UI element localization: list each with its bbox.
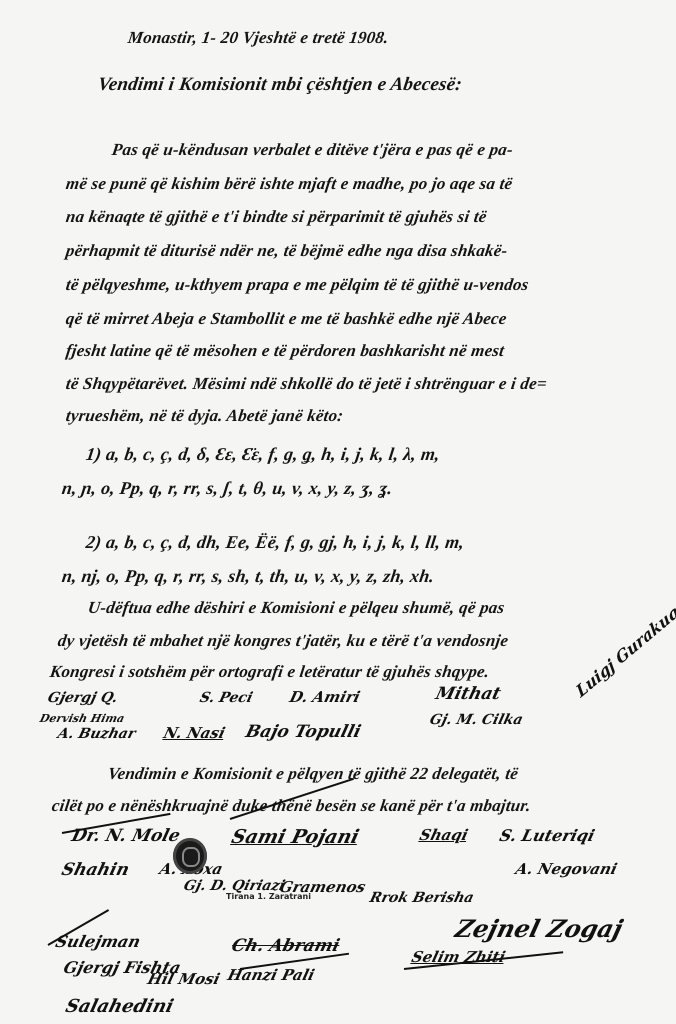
signature: Zejnel Zogaj	[452, 914, 625, 943]
signature: Gjergj Q.	[46, 690, 119, 706]
closing-line: Vendimin e Komisionit e pëlqyen të gjith…	[107, 764, 520, 784]
paragraph-line: të Shqypëtarëvet. Mësimi ndë shkollë do …	[65, 374, 549, 394]
signature: A. Buzhar	[56, 726, 137, 742]
paragraph-line: na kënaqte të gjithë e t'i bindte si për…	[65, 207, 488, 227]
signature: D. Amiri	[288, 688, 362, 706]
paragraph-line: më se punë që kishim bërë ishte mjaft e …	[65, 174, 514, 194]
signature: Ch. Abrami	[230, 936, 342, 956]
paragraph-line: që të mirret Abeja e Stambollit e me të …	[65, 309, 508, 329]
paragraph-line: tyrueshëm, në të dyja. Abetë janë këto:	[65, 406, 345, 426]
signature: Shahin	[60, 860, 132, 880]
signature: Gjergj Fishta	[62, 958, 183, 977]
signature: S. Peci	[198, 690, 254, 706]
signature: Rrok Berisha	[368, 890, 475, 906]
header-date: Monastir, 1- 20 Vjeshtë e tretë 1908.	[127, 28, 390, 48]
alphabet-line: 1) a, b, c, ç, d, δ, Ɛε, Ɛ̈ε, f, g, ǥ, h…	[85, 444, 442, 465]
signature: Luigj Gurakuqi	[573, 598, 676, 702]
paragraph-line: Pas që u-këndusan verbalet e ditëve t'jë…	[111, 140, 515, 160]
alphabet-line: n, ɲ, o, Pp, q, r, rr, s, ʃ, t, θ, u, v,…	[61, 478, 394, 499]
wax-seal-icon	[173, 838, 207, 874]
stamp-caption: Tirana 1. Zaratrani	[226, 892, 311, 901]
signature: S. Luteriqi	[498, 826, 597, 845]
signature: Sami Pojani	[229, 826, 361, 848]
signature: Shaqi	[418, 826, 470, 844]
signature: A. Negovani	[514, 860, 619, 878]
signature: Salahedini	[63, 996, 175, 1017]
resolution-line: U-dëftua edhe dëshiri e Komisioni e pëlq…	[87, 598, 506, 618]
paragraph-line: të pëlqyeshme, u-kthyem prapa e me pëlqi…	[65, 275, 530, 295]
paragraph-line: përhapmit të diturisë ndër ne, të bëjmë …	[65, 241, 509, 261]
signature: Dervish Hima	[38, 712, 126, 725]
signature: N. Nasi	[162, 724, 227, 742]
document-title: Vendimi i Komisionit mbi çështjen e Abec…	[96, 74, 463, 96]
signature: Gj. M. Cilka	[428, 712, 525, 728]
alphabet-line: n, nj, o, Pp, q, r, rr, s, sh, t, th, u,…	[61, 566, 436, 587]
resolution-line: dy vjetësh të mbahet një kongres t'jatër…	[57, 631, 510, 651]
signature: Mithat	[434, 684, 503, 704]
paragraph-line: fjesht latine që të mësohen e të përdore…	[65, 341, 506, 361]
scanned-document-page: Monastir, 1- 20 Vjeshtë e tretë 1908. Ve…	[0, 0, 676, 1024]
signature: Bajo Topulli	[244, 722, 363, 742]
resolution-line: Kongresi i sotshëm për ortografi e letër…	[49, 662, 491, 682]
alphabet-line: 2) a, b, c, ç, d, dh, Ee, Ëë, f, g, gj, …	[85, 532, 466, 553]
